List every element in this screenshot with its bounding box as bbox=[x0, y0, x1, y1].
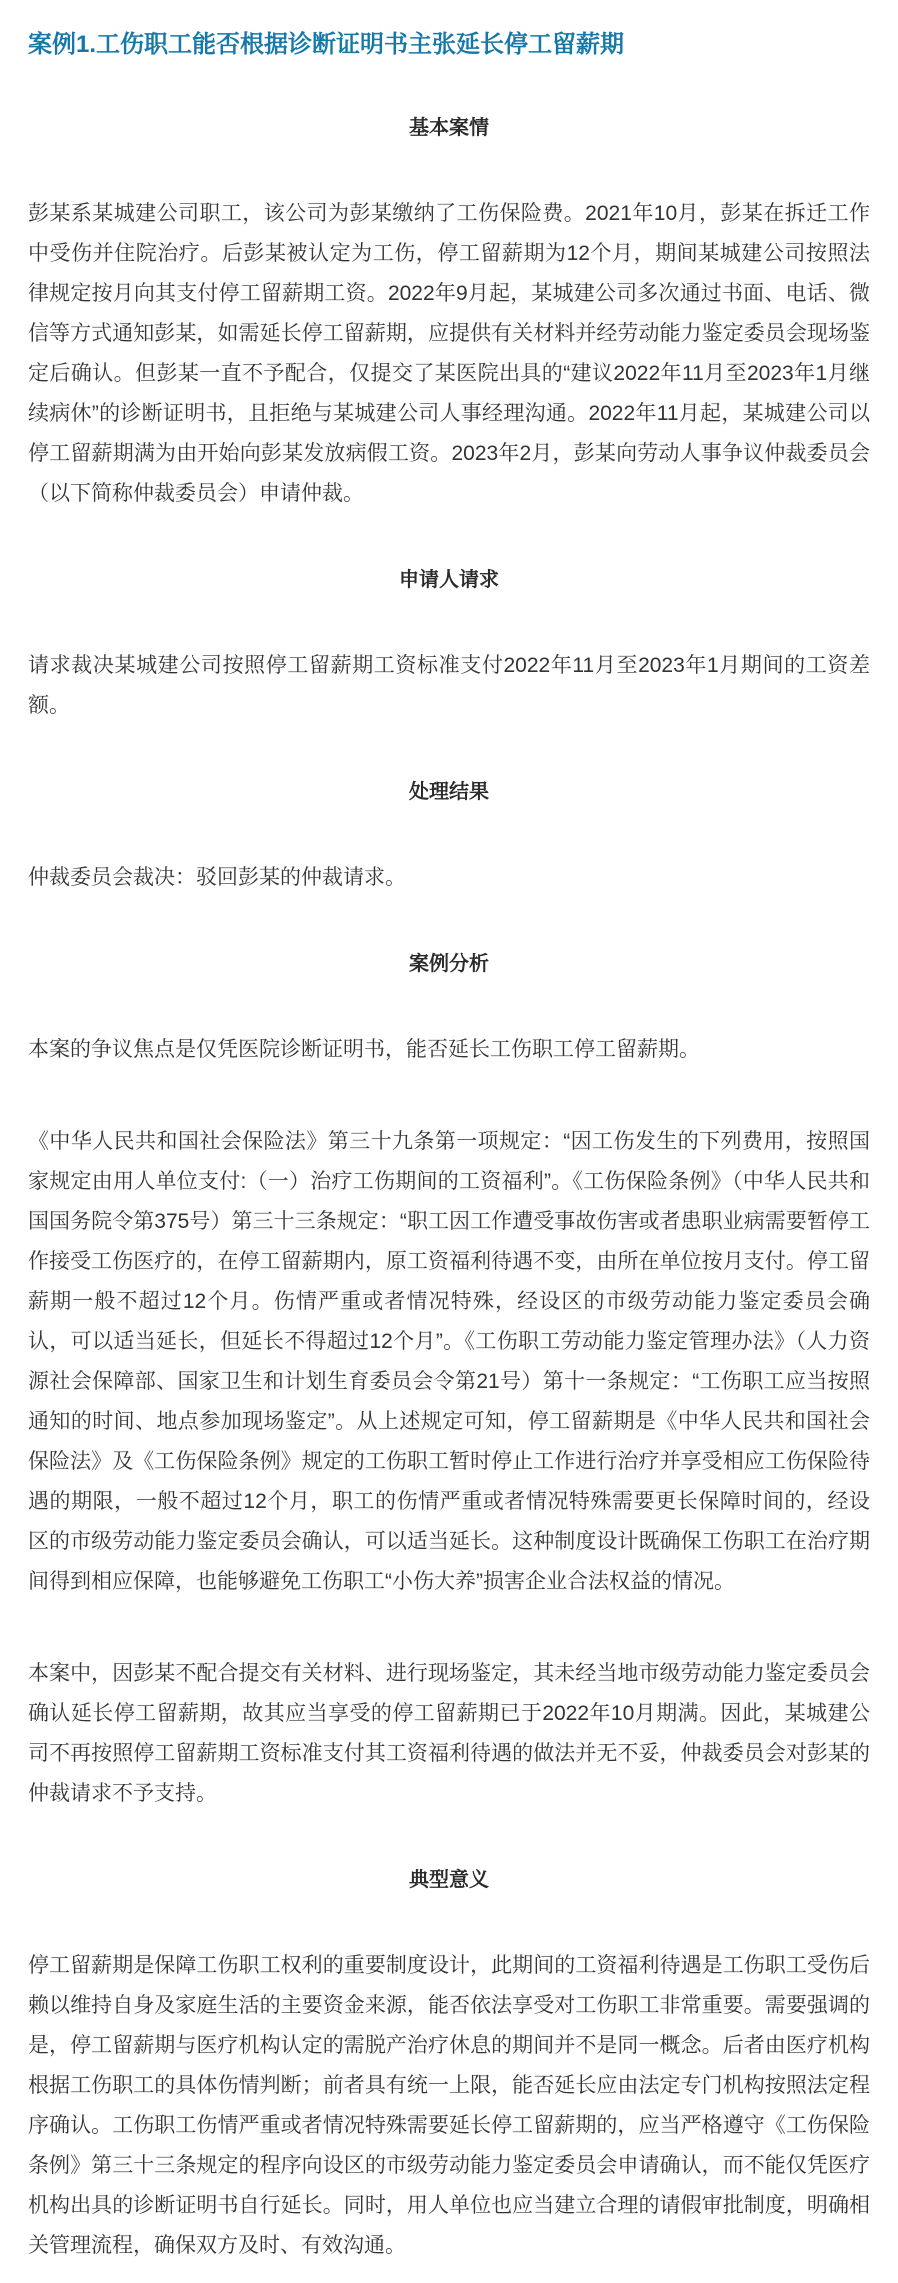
section-claim: 申请人请求 请求裁决某城建公司按照停工留薪期工资标准支付2022年11月至202… bbox=[28, 566, 870, 726]
section-heading-basic-facts: 基本案情 bbox=[28, 114, 870, 142]
paragraph-significance: 停工留薪期是保障工伤职工权利的重要制度设计，此期间的工资福利待遇是工伤职工受伤后… bbox=[28, 1946, 870, 2266]
section-heading-analysis: 案例分析 bbox=[28, 950, 870, 978]
paragraph-result: 仲裁委员会裁决：驳回彭某的仲裁请求。 bbox=[28, 858, 870, 898]
section-heading-result: 处理结果 bbox=[28, 778, 870, 806]
section-analysis: 案例分析 本案的争议焦点是仅凭医院诊断证明书，能否延长工伤职工停工留薪期。 《中… bbox=[28, 950, 870, 1814]
section-basic-facts: 基本案情 彭某系某城建公司职工，该公司为彭某缴纳了工伤保险费。2021年10月，… bbox=[28, 114, 870, 514]
section-heading-claim: 申请人请求 bbox=[28, 566, 870, 594]
paragraph-analysis-conclusion: 本案中，因彭某不配合提交有关材料、进行现场鉴定，其未经当地市级劳动能力鉴定委员会… bbox=[28, 1654, 870, 1814]
page-title: 案例1.工伤职工能否根据诊断证明书主张延长停工留薪期 bbox=[28, 28, 870, 62]
section-heading-significance: 典型意义 bbox=[28, 1866, 870, 1894]
paragraph-claim: 请求裁决某城建公司按照停工留薪期工资标准支付2022年11月至2023年1月期间… bbox=[28, 646, 870, 726]
paragraph-basic-facts: 彭某系某城建公司职工，该公司为彭某缴纳了工伤保险费。2021年10月，彭某在拆迁… bbox=[28, 194, 870, 514]
paragraph-analysis-focus: 本案的争议焦点是仅凭医院诊断证明书，能否延长工伤职工停工留薪期。 bbox=[28, 1030, 870, 1070]
case-document: 案例1.工伤职工能否根据诊断证明书主张延长停工留薪期 基本案情 彭某系某城建公司… bbox=[0, 0, 898, 2283]
section-result: 处理结果 仲裁委员会裁决：驳回彭某的仲裁请求。 bbox=[28, 778, 870, 898]
section-significance: 典型意义 停工留薪期是保障工伤职工权利的重要制度设计，此期间的工资福利待遇是工伤… bbox=[28, 1866, 870, 2266]
paragraph-analysis-legal-basis: 《中华人民共和国社会保险法》第三十九条第一项规定：“因工伤发生的下列费用，按照国… bbox=[28, 1122, 870, 1602]
